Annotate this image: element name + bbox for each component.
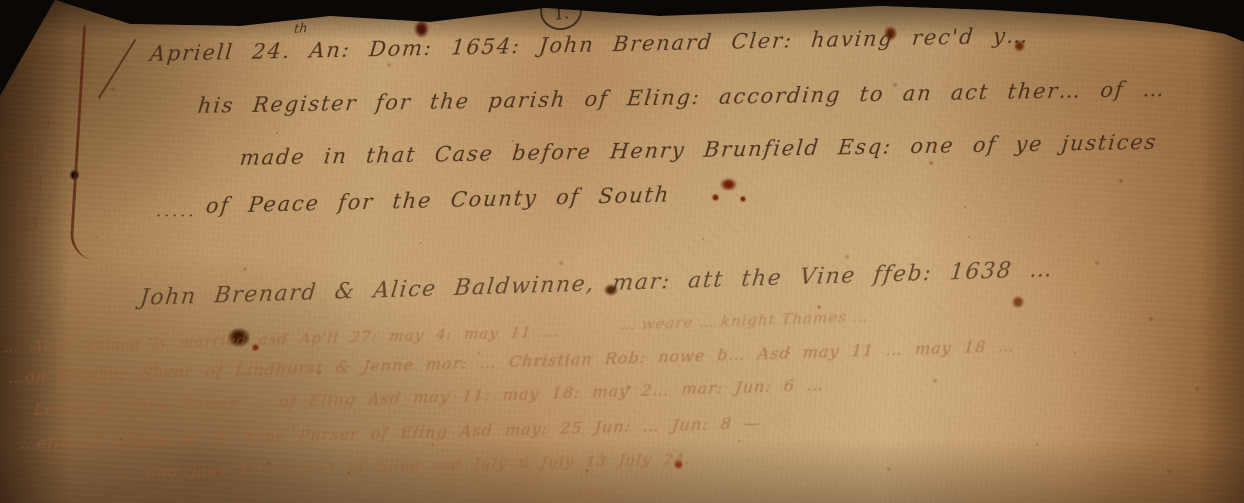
page-number: 1.	[552, 0, 570, 24]
foxing-speckles	[0, 0, 2, 2]
parchment-sheet: 1. 6 4 25 m 25 9 l 55 th Apriell 24. An:…	[0, 0, 1244, 503]
margin-note: 55	[18, 214, 41, 237]
lead-dots: ·····	[156, 206, 196, 225]
faded-text-fragment: … mar: …	[559, 485, 631, 503]
margin-note: 25	[30, 112, 53, 135]
heading-superscript: th	[293, 21, 308, 37]
scanned-manuscript-page: 1. 6 4 25 m 25 9 l 55 th Apriell 24. An:…	[0, 0, 1244, 503]
